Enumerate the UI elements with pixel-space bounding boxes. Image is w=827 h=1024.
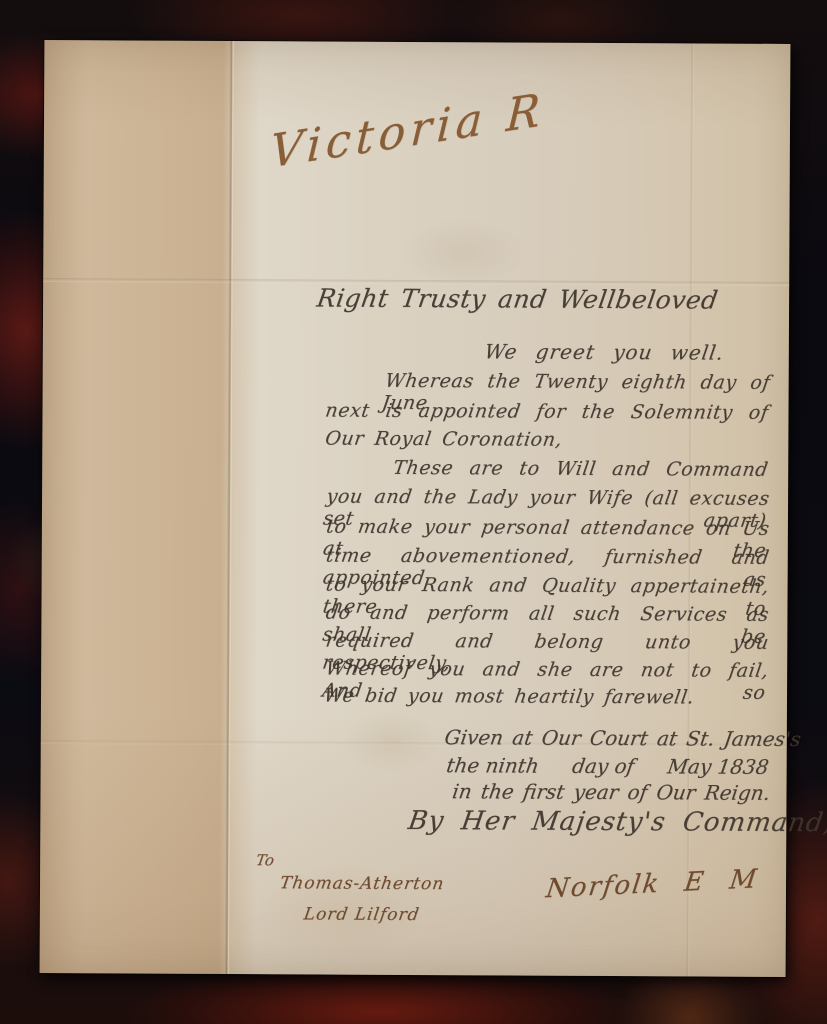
- salutation-line: Right Trusty and Wellbeloved: [315, 283, 720, 314]
- vertical-fold-crease: [225, 41, 235, 974]
- command-line: By Her Majesty's Command,: [406, 806, 827, 838]
- body-line: We bid you most heartily farewell.: [322, 685, 695, 709]
- countersignature: Norfolk E M: [544, 864, 760, 904]
- dateline-place: Given at Our Court at St. James's: [443, 725, 802, 751]
- document-paper: Victoria R Right Trusty and Wellbeloved …: [40, 40, 791, 977]
- addressee-name: Thomas-Atherton: [279, 873, 446, 894]
- body-line: next is appointed for the Solemnity of: [324, 400, 770, 424]
- dateline-date: the ninth day of May 1838: [445, 753, 770, 779]
- addressee-to: To: [255, 851, 275, 869]
- dateline-day-of: day of: [571, 754, 636, 778]
- addressee-title: Lord Lilford: [302, 904, 421, 925]
- greeting-line: We greet you well.: [483, 339, 726, 364]
- photo-background: Victoria R Right Trusty and Wellbeloved …: [0, 0, 827, 1024]
- dateline-month-year: May 1838: [666, 754, 770, 779]
- body-line: These are to Will and Command: [392, 457, 770, 481]
- dateline-reign-year: in the first year of Our Reign.: [451, 779, 772, 805]
- royal-signature: Victoria R: [269, 82, 546, 178]
- body-line: Our Royal Coronation,: [324, 428, 564, 451]
- dateline-day-ordinal: the ninth: [445, 753, 541, 777]
